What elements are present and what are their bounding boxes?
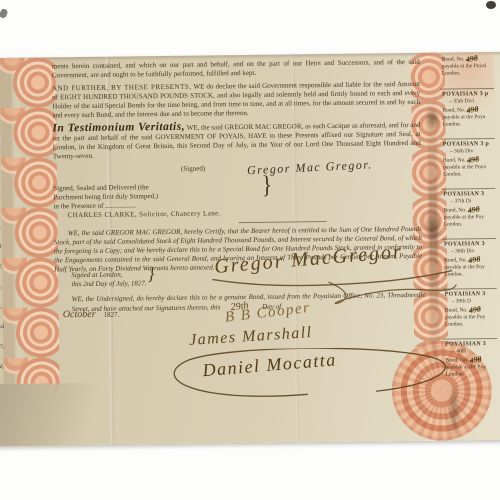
coupon-fragment: ed, <box>0 362 11 382</box>
handwritten-month-october: October1827. <box>63 309 120 321</box>
paragraph-lead-in: AND FURTHER, BY THESE PRESENTS, <box>52 83 192 93</box>
coupon-fragment: S, <box>0 102 7 122</box>
ink-smudge-top-right <box>486 1 496 9</box>
page: { "palette": { "background": "#fdfdfc", … <box>0 0 500 500</box>
signed-row: (Signed) Gregor Mac Gregor. <box>53 162 421 175</box>
coupon-fragment: 37, <box>0 342 10 362</box>
coupon-fragment: K, <box>0 302 10 322</box>
bond-number-handwritten: 498 <box>466 105 479 114</box>
coupon-city: London. <box>442 121 494 129</box>
bond-number-handwritten: 498 <box>469 355 482 364</box>
coupon-bond-label: Bond, No. <box>442 107 465 113</box>
coupon-fragment: 27, <box>0 262 9 282</box>
signed-label: (Signed) <box>181 165 205 174</box>
coupon-fragment: s. <box>0 62 7 82</box>
ink-blotch <box>424 213 442 243</box>
coupon-fragment: K. <box>0 142 8 162</box>
dividend-coupon-column: Bond, No. 498 payable at the Poyal Londo… <box>440 52 498 371</box>
coupon-city: London. <box>442 70 494 78</box>
bond-number-handwritten: 498 <box>468 255 481 264</box>
printed-year-1827: 1827. <box>104 311 120 319</box>
coupon-fragment: et, <box>0 282 10 302</box>
coupon-bond-label: Bond, No. <box>443 157 466 163</box>
coupon-fragment: rial <box>0 322 10 342</box>
coupon-fragment: al <box>0 162 8 182</box>
ink-smudge-top-left <box>0 8 9 19</box>
folded-corner-shadow <box>0 383 106 446</box>
paragraph-testimonium: In Testimonium Veritatis, WE, the said G… <box>52 120 420 161</box>
signed-at-london-block: Signed at London, this 2nd Day of July, … <box>71 270 146 289</box>
paragraph-engagements-fragment: ments herein contained, and which on our… <box>52 58 420 80</box>
coupon-fragment: t, <box>0 202 9 222</box>
divider-rule <box>239 221 327 223</box>
coupon-fragment: ial <box>0 242 9 262</box>
brace-glyph: } <box>262 179 273 189</box>
bond-number-handwritten: 498 <box>465 54 478 63</box>
paragraph-and-further: AND FURTHER, BY THESE PRESENTS, WE do de… <box>52 80 420 120</box>
coupon-payable: payable at the Poyal <box>442 63 494 71</box>
dividend-coupon-37: POYAISIAN 3 – 37th Di Bond, No. 498 paya… <box>441 188 496 239</box>
coupon-fragment: K. <box>0 222 9 242</box>
photograph-background: s. l, S, t. K. al S, t, K. ial 27, et, K… <box>0 0 500 500</box>
coupon-city: London. <box>444 221 496 229</box>
witness-attestation-block: Signed, Sealed and Delivered (the Parchm… <box>53 182 268 212</box>
coupon-fragment: S, <box>0 182 8 202</box>
coupon-city: London. <box>443 171 495 179</box>
dividend-coupon-partial: Bond, No. 498 payable at the Poyal Londo… <box>440 52 494 89</box>
bond-number-handwritten: 498 <box>469 305 482 314</box>
brace-glyph: } <box>148 269 155 279</box>
coupon-city: London. <box>445 321 497 329</box>
dividend-coupon-35: POYAISIAN 3 p – 35th Divi Bond, No. 498 … <box>440 88 495 139</box>
coupon-bond-label: Bond, No. <box>444 207 467 213</box>
coupon-fragment: l, <box>0 82 7 102</box>
bond-number-handwritten: 498 <box>467 155 480 164</box>
poyais-bond-document: s. l, S, t. K. al S, t, K. ial 27, et, K… <box>0 52 500 446</box>
ink-blotch <box>424 107 440 131</box>
coupon-fragment: t. <box>0 122 8 142</box>
dividend-coupon-36: POYAISIAN 3 p – 36th Div Bond, No. 498 p… <box>441 138 496 189</box>
coupon-bond-label: Bond, No. <box>442 56 465 62</box>
bond-number-handwritten: 498 <box>467 205 480 214</box>
